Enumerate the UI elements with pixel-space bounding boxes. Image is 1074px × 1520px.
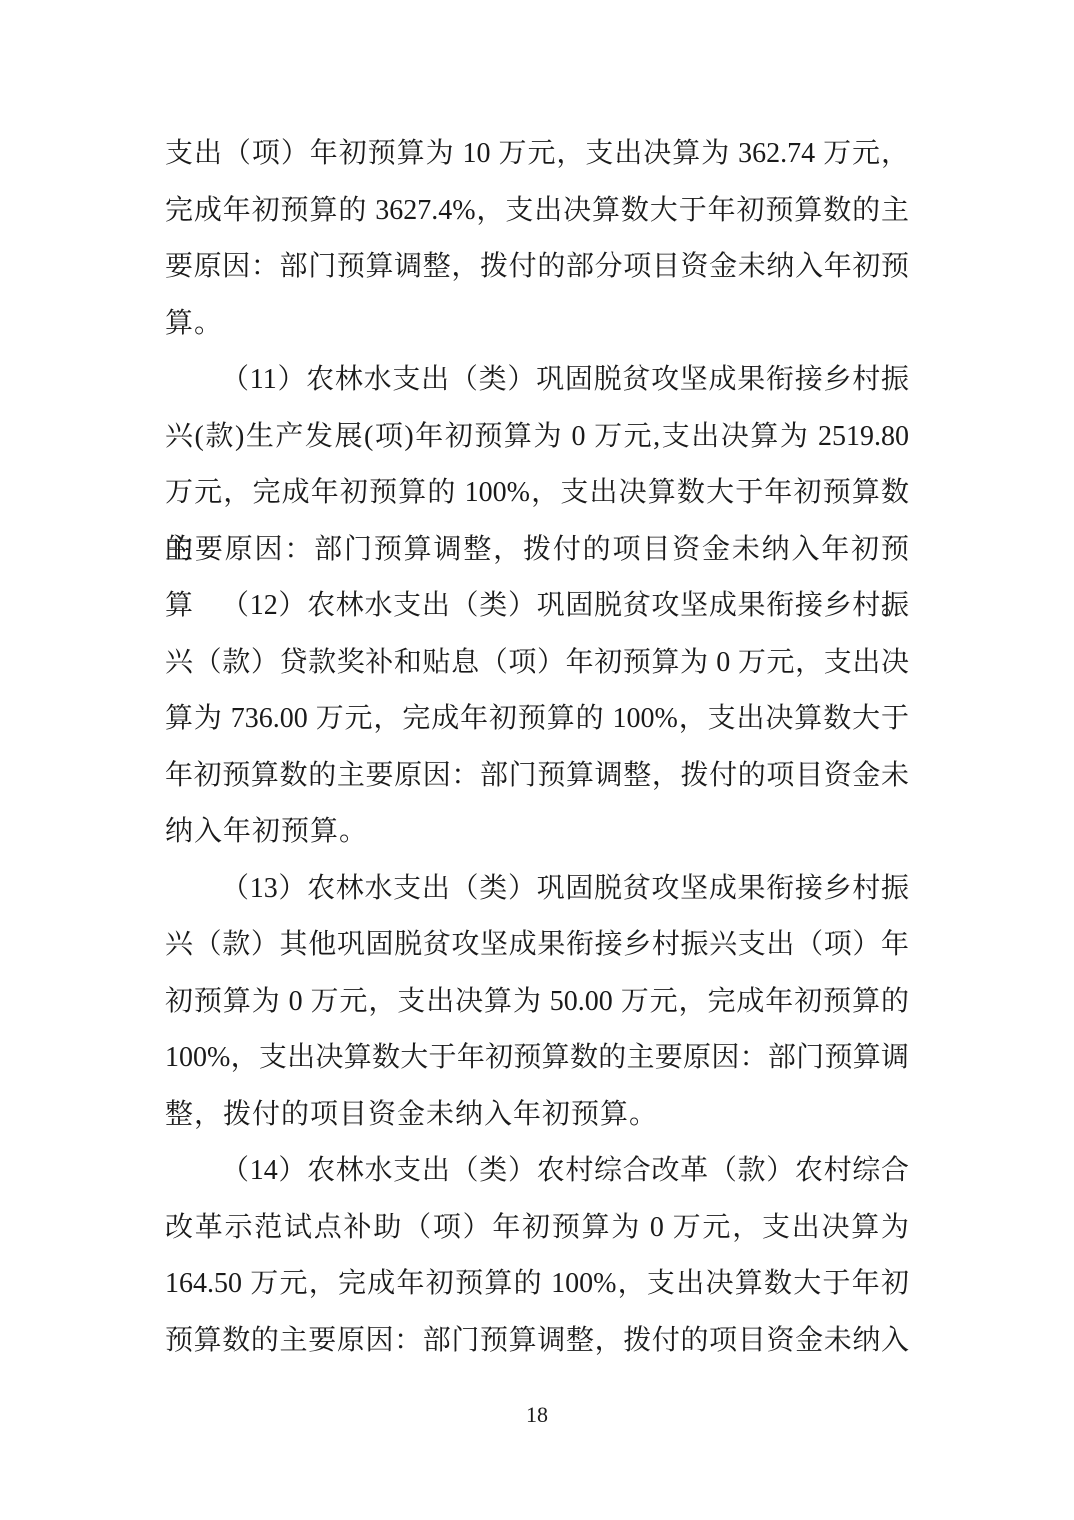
text-line: （11）农林水支出（类）巩固脱贫攻坚成果衔接乡村振 [165,352,909,409]
text-line: 纳入年初预算。 [165,804,909,861]
text-line: 主要原因：部门预算调整，拨付的项目资金未纳入年初预算。 [165,522,909,579]
text-line: 初预算为 0 万元，支出决算为 50.00 万元，完成年初预算的 [165,974,909,1031]
page-footer: 18 [0,1400,1074,1430]
text-line: 兴(款)生产发展(项)年初预算为 0 万元,支出决算为 2519.80 [165,409,909,466]
text-line: （12）农林水支出（类）巩固脱贫攻坚成果衔接乡村振 [165,578,909,635]
page-number: 18 [526,1402,548,1427]
document-body: 支出（项）年初预算为 10 万元，支出决算为 362.74 万元，完成年初预算的… [165,126,909,1369]
paragraph: （13）农林水支出（类）巩固脱贫攻坚成果衔接乡村振兴（款）其他巩固脱贫攻坚成果衔… [165,861,909,1144]
text-line: 年初预算数的主要原因：部门预算调整，拨付的项目资金未 [165,748,909,805]
text-line: 整，拨付的项目资金未纳入年初预算。 [165,1087,909,1144]
text-line: 支出（项）年初预算为 10 万元，支出决算为 362.74 万元， [165,126,909,183]
text-line: 要原因：部门预算调整，拨付的部分项目资金未纳入年初预 [165,239,909,296]
paragraph: （11）农林水支出（类）巩固脱贫攻坚成果衔接乡村振兴(款)生产发展(项)年初预算… [165,352,909,578]
paragraph: （12）农林水支出（类）巩固脱贫攻坚成果衔接乡村振兴（款）贷款奖补和贴息（项）年… [165,578,909,861]
text-line: 164.50 万元，完成年初预算的 100%，支出决算数大于年初 [165,1256,909,1313]
text-line: 完成年初预算的 3627.4%，支出决算数大于年初预算数的主 [165,183,909,240]
text-line: 万元，完成年初预算的 100%，支出决算数大于年初预算数的 [165,465,909,522]
text-line: （14）农林水支出（类）农村综合改革（款）农村综合 [165,1143,909,1200]
text-line: 兴（款）贷款奖补和贴息（项）年初预算为 0 万元，支出决 [165,635,909,692]
text-line: 预算数的主要原因：部门预算调整，拨付的项目资金未纳入 [165,1313,909,1370]
text-line: （13）农林水支出（类）巩固脱贫攻坚成果衔接乡村振 [165,861,909,918]
text-line: 兴（款）其他巩固脱贫攻坚成果衔接乡村振兴支出（项）年 [165,917,909,974]
paragraph: 支出（项）年初预算为 10 万元，支出决算为 362.74 万元，完成年初预算的… [165,126,909,352]
text-line: 100%，支出决算数大于年初预算数的主要原因：部门预算调 [165,1030,909,1087]
text-line: 改革示范试点补助（项）年初预算为 0 万元，支出决算为 [165,1200,909,1257]
paragraph: （14）农林水支出（类）农村综合改革（款）农村综合改革示范试点补助（项）年初预算… [165,1143,909,1369]
document-page: 支出（项）年初预算为 10 万元，支出决算为 362.74 万元，完成年初预算的… [0,0,1074,1520]
text-line: 算为 736.00 万元，完成年初预算的 100%，支出决算数大于 [165,691,909,748]
text-line: 算。 [165,296,909,353]
